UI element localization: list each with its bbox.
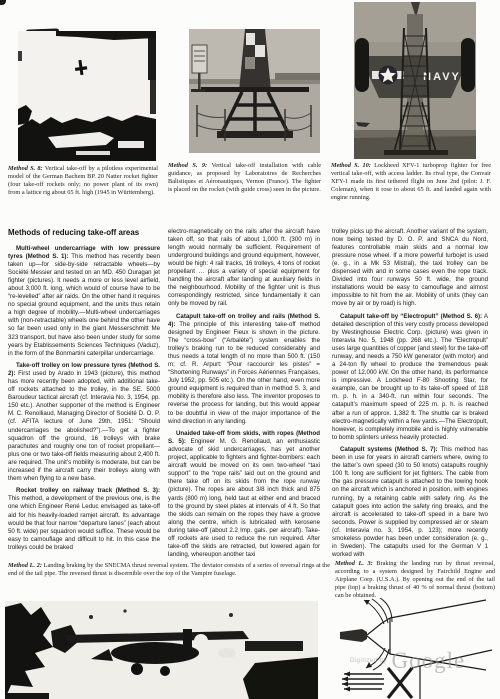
paragraph-method-s4: Catapult take-off on trolley and rails (… — [168, 313, 320, 426]
photo-natter-launch — [18, 31, 156, 161]
xfv1-illustration: NAVY — [354, 2, 476, 159]
paragraph-method-s6: Catapult take-off by “Electropult” (Meth… — [332, 313, 488, 442]
scan-artifact — [0, 0, 6, 5]
caption-text: Landing braking by the SNECMA thrust rev… — [8, 562, 330, 577]
google-watermark: Digitized by Google — [350, 648, 498, 674]
text-column-right: trolley picks up the aircraft. Another v… — [332, 228, 488, 570]
caption-method-l2: Method L. 2: Landing braking by the SNEC… — [8, 562, 330, 578]
caption-lead: Method L. 2: — [8, 562, 42, 569]
caption-method-s10: Method S. 10: Lockheed XFV-1 turboprop f… — [331, 162, 491, 202]
vampire-landing-illustration — [5, 601, 318, 699]
paragraph-continuation: electro-magnetically on the rails after … — [168, 228, 320, 308]
photo-rocket-stand — [189, 29, 320, 153]
watermark-prefix: Digitized by — [350, 658, 387, 664]
caption-method-s9: Method S. 9: Vertical take-off installat… — [168, 162, 321, 194]
wingtip-pod-right — [461, 38, 475, 92]
paragraph-method-s2: Take-off trolley on low pressure tyres (… — [8, 362, 160, 483]
caption-lead: Method L. 3: — [335, 560, 373, 567]
paragraph-method-s7: Catapult systems (Method S. 7): This met… — [332, 446, 488, 559]
caption-lead: Method S. 10: — [331, 162, 371, 169]
photo-xfv1-vertical: NAVY — [354, 2, 476, 159]
caption-method-s8: Method S. 8: Vertical take-off by a pilo… — [8, 165, 158, 197]
photo-vampire-landing — [5, 601, 318, 699]
wingtip-pod-left — [355, 38, 369, 92]
caption-method-l3: Method L. 3: Braking the landing run by … — [335, 560, 495, 600]
guide-cross — [201, 87, 309, 92]
section-heading: Methods of reducing take-off areas — [8, 228, 160, 237]
google-logo: Google — [391, 648, 465, 673]
paragraph-continuation: trolley picks up the aircraft. Another v… — [332, 228, 488, 308]
scanned-page: { "heading": "Methods of reducing take-o… — [0, 0, 500, 699]
navy-marking: NAVY — [423, 71, 461, 83]
paragraph-method-s5: Unaided take-off from skids, with ropes … — [168, 430, 320, 559]
rocket-stand-illustration — [189, 29, 320, 153]
caption-lead: Method S. 8: — [8, 165, 43, 172]
natter-launch-illustration — [18, 31, 156, 161]
caption-lead: Method S. 9: — [168, 162, 207, 169]
text-column-middle: electro-magnetically on the rails after … — [168, 228, 320, 566]
paragraph-method-s1: Multi-wheel undercarriage with low press… — [8, 245, 160, 358]
text-column-left: Methods of reducing take-off areas Multi… — [8, 228, 160, 583]
paragraph-method-s3: Rocket trolley on railway track (Method … — [8, 487, 160, 551]
